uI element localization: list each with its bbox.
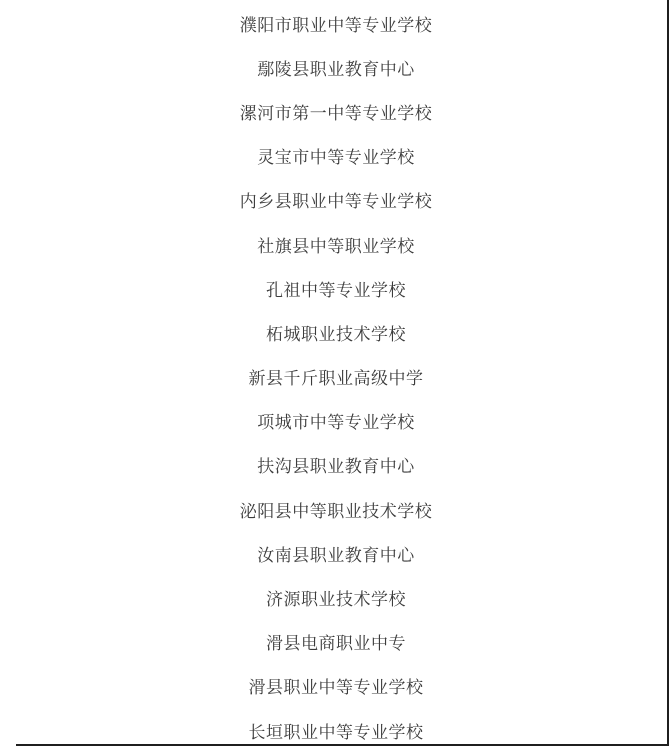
list-item: 内乡县职业中等专业学校 (0, 178, 672, 222)
list-item: 新县千斤职业高级中学 (0, 355, 672, 399)
list-item: 滑县电商职业中专 (0, 620, 672, 664)
school-name: 扶沟县职业教育中心 (257, 452, 415, 477)
list-item: 孔祖中等专业学校 (0, 266, 672, 310)
school-name: 济源职业技术学校 (266, 585, 406, 610)
list-item: 鄢陵县职业教育中心 (0, 45, 672, 89)
list-item: 泌阳县中等职业技术学校 (0, 487, 672, 531)
school-name: 项城市中等专业学校 (257, 408, 415, 433)
school-name: 灵宝市中等专业学校 (257, 143, 415, 168)
list-item: 濮阳市职业中等专业学校 (0, 1, 672, 45)
document-page: 濮阳市职业中等专业学校 鄢陵县职业教育中心 漯河市第一中等专业学校 灵宝市中等专… (0, 0, 672, 752)
list-item: 济源职业技术学校 (0, 575, 672, 619)
list-item: 社旗县中等职业学校 (0, 222, 672, 266)
school-name: 社旗县中等职业学校 (257, 232, 415, 257)
school-name: 滑县电商职业中专 (266, 629, 406, 654)
list-item: 漯河市第一中等专业学校 (0, 89, 672, 133)
school-name: 滑县职业中等专业学校 (249, 673, 424, 698)
list-item: 汝南县职业教育中心 (0, 531, 672, 575)
bottom-border-line (16, 744, 669, 746)
school-name: 孔祖中等专业学校 (266, 276, 406, 301)
school-name: 新县千斤职业高级中学 (249, 364, 424, 389)
list-item: 柘城职业技术学校 (0, 310, 672, 354)
school-name: 内乡县职业中等专业学校 (240, 187, 433, 212)
school-name: 长垣职业中等专业学校 (249, 718, 424, 743)
school-name: 鄢陵县职业教育中心 (257, 55, 415, 80)
school-name: 漯河市第一中等专业学校 (240, 99, 433, 124)
school-name: 濮阳市职业中等专业学校 (240, 11, 433, 36)
list-item: 滑县职业中等专业学校 (0, 664, 672, 708)
right-border-line (667, 0, 669, 746)
school-name: 泌阳县中等职业技术学校 (240, 497, 433, 522)
school-name: 汝南县职业教育中心 (257, 541, 415, 566)
school-name: 柘城职业技术学校 (266, 320, 406, 345)
list-item: 灵宝市中等专业学校 (0, 134, 672, 178)
list-item: 项城市中等专业学校 (0, 399, 672, 443)
list-item: 扶沟县职业教育中心 (0, 443, 672, 487)
school-list: 濮阳市职业中等专业学校 鄢陵县职业教育中心 漯河市第一中等专业学校 灵宝市中等专… (0, 1, 672, 752)
